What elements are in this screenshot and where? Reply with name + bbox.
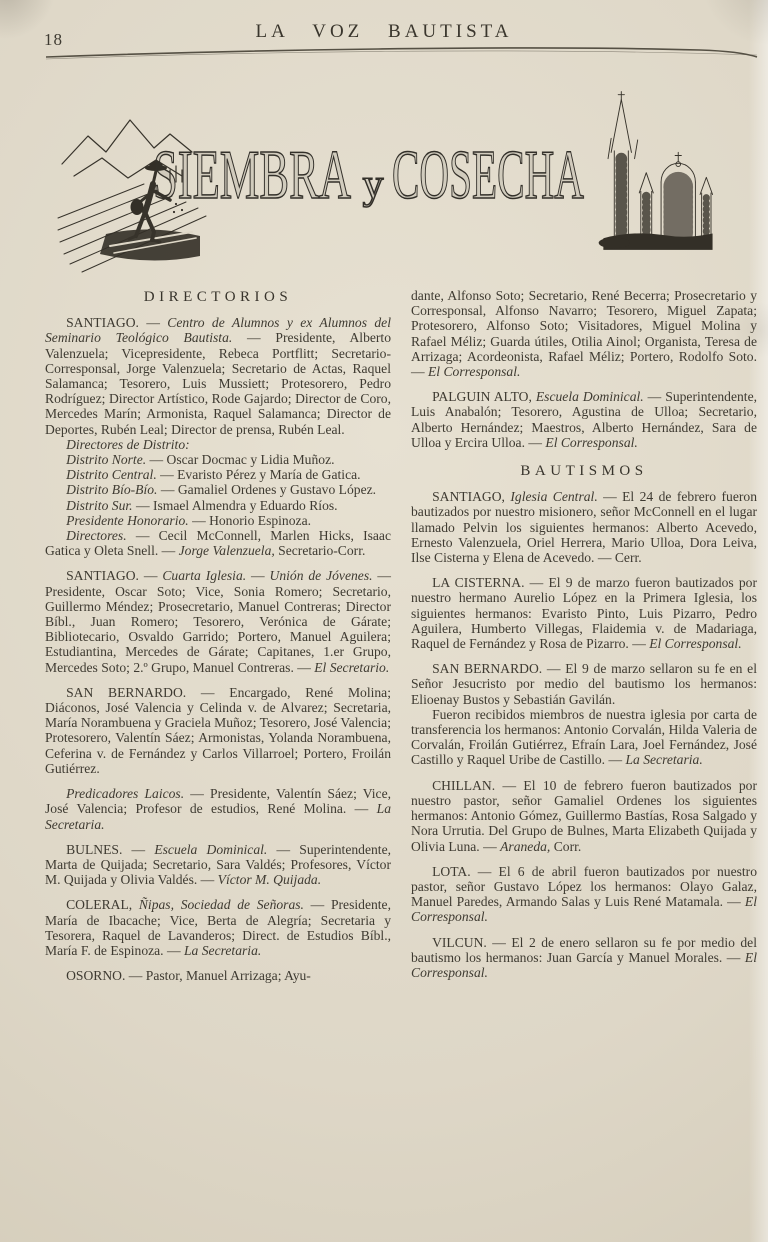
magazine-page: 18 LA VOZ BAUTISTA xyxy=(0,0,768,1242)
italic-run: Escuela Dominical. xyxy=(154,842,267,857)
text-run: BULNES. — xyxy=(66,842,154,857)
italic-run: Araneda, xyxy=(500,839,550,854)
italic-run: El Corresponsal. xyxy=(545,435,637,450)
text-run: CHILLAN. — El 10 de febrero fueron bauti… xyxy=(411,778,757,854)
paragraph: dante, Alfonso Soto; Secretario, René Be… xyxy=(411,288,757,379)
paragraph: Distrito Bío-Bío. — Gamaliel Ordenes y G… xyxy=(45,482,391,497)
italic-run: Directores. xyxy=(66,528,127,543)
text-run: — Gamaliel Ordenes y Gustavo López. xyxy=(157,482,376,497)
article-columns: DIRECTORIOSSANTIAGO. — Centro de Alumnos… xyxy=(45,288,757,983)
paragraph: Presidente Honorario. — Honorio Espinoza… xyxy=(45,513,391,528)
paragraph: Distrito Sur. — Ismael Almendra y Eduard… xyxy=(45,498,391,513)
paragraph: CHILLAN. — El 10 de febrero fueron bauti… xyxy=(411,778,757,854)
text-run: VILCUN. — El 2 de enero sellaron su fe p… xyxy=(411,935,757,965)
italic-run: El Secretario. xyxy=(314,660,389,675)
italic-run: Presidente Honorario. xyxy=(66,513,189,528)
italic-run: Distrito Sur. xyxy=(66,498,132,513)
paragraph: SANTIAGO. — Centro de Alumnos y ex Alumn… xyxy=(45,315,391,437)
italic-run: Escuela Dominical. xyxy=(536,389,644,404)
paragraph: SAN BERNARDO. — El 9 de marzo sellaron s… xyxy=(411,661,757,707)
italic-run: Distrito Central. xyxy=(66,467,157,482)
italic-run: Directores de Distrito: xyxy=(66,437,190,452)
text-run: — Ismael Almendra y Eduardo Ríos. xyxy=(133,498,338,513)
text-run: Corr. xyxy=(550,839,581,854)
text-run: Fueron recibidos miembros de nuestra igl… xyxy=(411,707,757,768)
paragraph: OSORNO. — Pastor, Manuel Arrizaga; Ayu- xyxy=(45,968,391,983)
section-heading: DIRECTORIOS xyxy=(45,290,391,305)
italic-run: Distrito Norte. xyxy=(66,452,146,467)
banner-artwork: SIEMBRA y COSECHA xyxy=(0,86,768,296)
text-run: Secretario-Corr. xyxy=(275,543,366,558)
paragraph: COLERAL, Ñipas, Sociedad de Señoras. — P… xyxy=(45,897,391,958)
text-run: OSORNO. — Pastor, Manuel Arrizaga; Ayu- xyxy=(66,968,311,983)
paragraph: BULNES. — Escuela Dominical. — Superinte… xyxy=(45,842,391,888)
text-run: SAN BERNARDO. — Encargado, René Molina; … xyxy=(45,685,391,776)
paragraph: Distrito Central. — Evaristo Pérez y Mar… xyxy=(45,467,391,482)
header-rule xyxy=(0,44,768,66)
text-run: — xyxy=(246,568,269,583)
text-run: SANTIAGO, xyxy=(432,489,510,504)
paragraph: Predicadores Laicos. — Presidente, Valen… xyxy=(45,786,391,832)
paragraph: PALGUIN ALTO, Escuela Dominical. — Super… xyxy=(411,389,757,450)
italic-run: Jorge Valenzuela, xyxy=(179,543,275,558)
masthead-title: LA VOZ BAUTISTA xyxy=(0,21,768,43)
paragraph: VILCUN. — El 2 de enero sellaron su fe p… xyxy=(411,935,757,981)
paragraph: LA CISTERNA. — El 9 de marzo fueron baut… xyxy=(411,575,757,651)
italic-run: Iglesia Central. xyxy=(510,489,597,504)
banner-word-siembra: SIEMBRA xyxy=(153,137,351,214)
cathedral-illustration xyxy=(599,92,713,250)
paragraph: SANTIAGO. — Cuarta Iglesia. — Unión de J… xyxy=(45,568,391,674)
banner-word-cosecha: COSECHA xyxy=(392,137,584,214)
italic-run: El Corresponsal. xyxy=(649,636,741,651)
italic-run: El Corresponsal. xyxy=(428,364,520,379)
right-column: dante, Alfonso Soto; Secretario, René Be… xyxy=(411,288,757,983)
italic-run: Unión de Jóvenes. xyxy=(270,568,373,583)
text-run: SANTIAGO. — xyxy=(66,315,167,330)
italic-run: La Secretaria. xyxy=(184,943,261,958)
banner-title: SIEMBRA y COSECHA xyxy=(153,137,584,214)
text-run: COLERAL, xyxy=(66,897,139,912)
text-run: — Honorio Espinoza. xyxy=(189,513,311,528)
italic-run: Cuarta Iglesia. xyxy=(162,568,246,583)
text-run: — Evaristo Pérez y María de Gatica. xyxy=(157,467,361,482)
italic-run: Ñipas, Sociedad de Señoras. xyxy=(139,897,304,912)
text-run: — Oscar Docmac y Lidia Muñoz. xyxy=(146,452,334,467)
paragraph: SANTIAGO, Iglesia Central. — El 24 de fe… xyxy=(411,489,757,565)
paragraph: SAN BERNARDO. — Encargado, René Molina; … xyxy=(45,685,391,776)
left-column: DIRECTORIOSSANTIAGO. — Centro de Alumnos… xyxy=(45,288,391,983)
text-run: — Presidente, Alberto Valenzuela; Vicepr… xyxy=(45,330,391,436)
paragraph: Distrito Norte. — Oscar Docmac y Lidia M… xyxy=(45,452,391,467)
italic-run: Predicadores Laicos. xyxy=(66,786,184,801)
paragraph: Directores. — Cecil McConnell, Marlen Hi… xyxy=(45,528,391,558)
text-run: PALGUIN ALTO, xyxy=(432,389,536,404)
banner-word-y: y xyxy=(363,162,384,208)
text-run: SANTIAGO. — xyxy=(66,568,162,583)
italic-run: La Secretaria. xyxy=(625,752,702,767)
italic-run: Víctor M. Quijada. xyxy=(218,872,321,887)
paragraph: Fueron recibidos miembros de nuestra igl… xyxy=(411,707,757,768)
sower-illustration xyxy=(58,120,206,272)
paragraph: LOTA. — El 6 de abril fueron bautizados … xyxy=(411,864,757,925)
text-run: SAN BERNARDO. — El 9 de marzo sellaron s… xyxy=(411,661,757,706)
italic-run: Distrito Bío-Bío. xyxy=(66,482,157,497)
text-run: LOTA. — El 6 de abril fueron bautizados … xyxy=(411,864,757,909)
paragraph: Directores de Distrito: xyxy=(45,437,391,452)
section-heading: BAUTISMOS xyxy=(411,464,757,479)
